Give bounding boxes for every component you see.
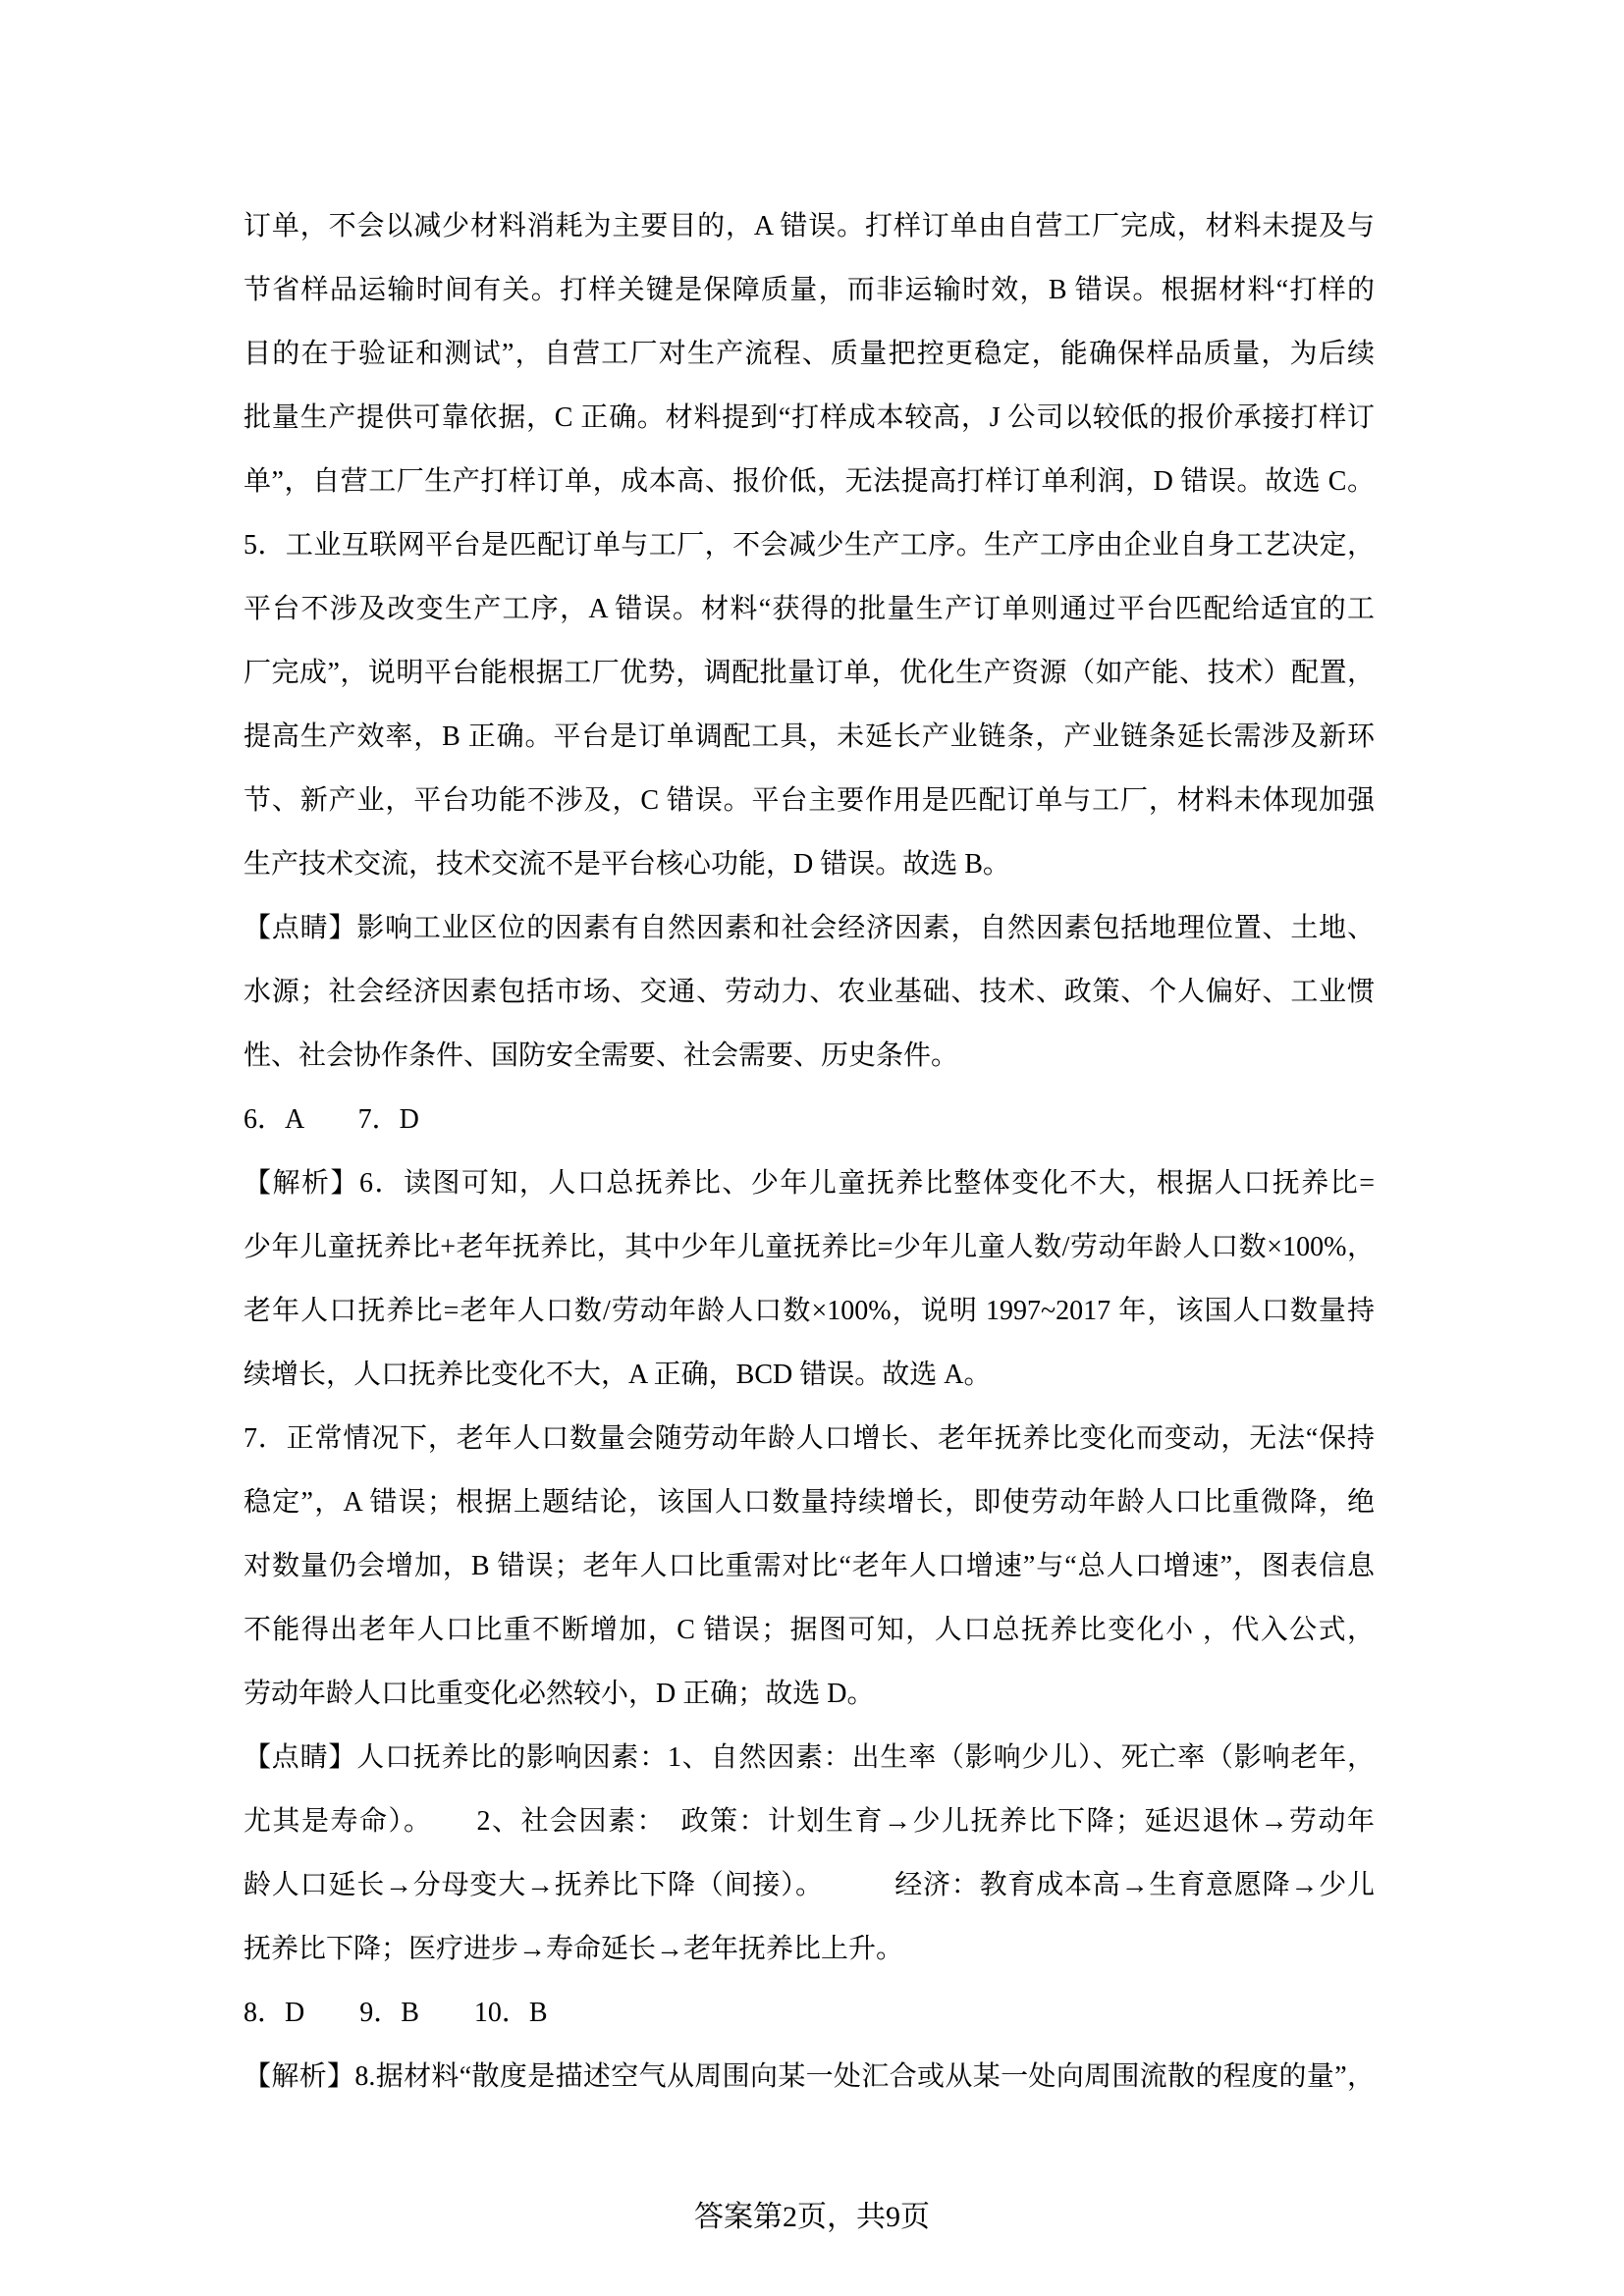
text-line: 节省样品运输时间有关。打样关键是保障质量，而非运输时效，B 错误。根据材料“打样… xyxy=(244,258,1375,322)
text-line: 尤其是寿命）。 2、社会因素： 政策：计划生育→少儿抚养比下降；延迟退休→劳动年 xyxy=(244,1789,1375,1853)
text-line: 8．D 9．B 10．B xyxy=(244,1981,1375,2045)
text-line: 性、社会协作条件、国防安全需要、社会需要、历史条件。 xyxy=(244,1024,1375,1088)
text-line: 【解析】6．读图可知，人口总抚养比、少年儿童抚养比整体变化不大，根据人口抚养比= xyxy=(244,1151,1375,1215)
text-line: 水源；社会经济因素包括市场、交通、劳动力、农业基础、技术、政策、个人偏好、工业惯 xyxy=(244,960,1375,1024)
text-line: 龄人口延长→分母变大→抚养比下降（间接）。 经济：教育成本高→生育意愿降→少儿 xyxy=(244,1853,1375,1917)
text-line: 生产技术交流，技术交流不是平台核心功能，D 错误。故选 B。 xyxy=(244,832,1375,896)
document-page: 订单，不会以减少材料消耗为主要目的，A 错误。打样订单由自营工厂完成，材料未提及… xyxy=(0,0,1624,2296)
text-line: 厂完成”，说明平台能根据工厂优势，调配批量订单，优化生产资源（如产能、技术）配置… xyxy=(244,641,1375,705)
text-line: 7．正常情况下，老年人口数量会随劳动年龄人口增长、老年抚养比变化而变动，无法“保… xyxy=(244,1407,1375,1470)
text-line: 批量生产提供可靠依据，C 正确。材料提到“打样成本较高，J 公司以较低的报价承接… xyxy=(244,386,1375,450)
text-line: 【点睛】人口抚养比的影响因素：1、自然因素：出生率（影响少儿）、死亡率（影响老年… xyxy=(244,1726,1375,1789)
text-line: 单”，自营工厂生产打样订单，成本高、报价低，无法提高打样订单利润，D 错误。故选… xyxy=(244,450,1375,513)
text-line: 抚养比下降；医疗进步→寿命延长→老年抚养比上升。 xyxy=(244,1917,1375,1981)
text-line: 6．A 7．D xyxy=(244,1088,1375,1151)
text-line: 【点睛】影响工业区位的因素有自然因素和社会经济因素，自然因素包括地理位置、土地、 xyxy=(244,896,1375,960)
text-line: 劳动年龄人口比重变化必然较小，D 正确；故选 D。 xyxy=(244,1662,1375,1726)
text-line: 续增长，人口抚养比变化不大，A 正确，BCD 错误。故选 A。 xyxy=(244,1343,1375,1407)
text-line: 不能得出老年人口比重不断增加，C 错误；据图可知，人口总抚养比变化小 ，代入公式… xyxy=(244,1598,1375,1662)
text-line: 少年儿童抚养比+老年抚养比，其中少年儿童抚养比=少年儿童人数/劳动年龄人口数×1… xyxy=(244,1215,1375,1279)
text-line: 订单，不会以减少材料消耗为主要目的，A 错误。打样订单由自营工厂完成，材料未提及… xyxy=(244,194,1375,258)
text-line: 【解析】8.据材料“散度是描述空气从周围向某一处汇合或从某一处向周围流散的程度的… xyxy=(244,2045,1375,2109)
text-line: 对数量仍会增加，B 错误；老年人口比重需对比“老年人口增速”与“总人口增速”，图… xyxy=(244,1534,1375,1598)
answer-text-block: 订单，不会以减少材料消耗为主要目的，A 错误。打样订单由自营工厂完成，材料未提及… xyxy=(244,194,1375,2109)
text-line: 目的在于验证和测试”，自营工厂对生产流程、质量把控更稳定，能确保样品质量，为后续 xyxy=(244,322,1375,386)
text-line: 稳定”，A 错误；根据上题结论，该国人口数量持续增长，即使劳动年龄人口比重微降，… xyxy=(244,1470,1375,1534)
text-line: 提高生产效率，B 正确。平台是订单调配工具，未延长产业链条，产业链条延长需涉及新… xyxy=(244,705,1375,769)
page-footer: 答案第2页，共9页 xyxy=(0,2197,1624,2238)
text-line: 节、新产业，平台功能不涉及，C 错误。平台主要作用是匹配订单与工厂，材料未体现加… xyxy=(244,769,1375,832)
text-line: 5．工业互联网平台是匹配订单与工厂，不会减少生产工序。生产工序由企业自身工艺决定… xyxy=(244,513,1375,577)
text-line: 平台不涉及改变生产工序，A 错误。材料“获得的批量生产订单则通过平台匹配给适宜的… xyxy=(244,577,1375,641)
text-line: 老年人口抚养比=老年人口数/劳动年龄人口数×100%，说明 1997~2017 … xyxy=(244,1279,1375,1343)
